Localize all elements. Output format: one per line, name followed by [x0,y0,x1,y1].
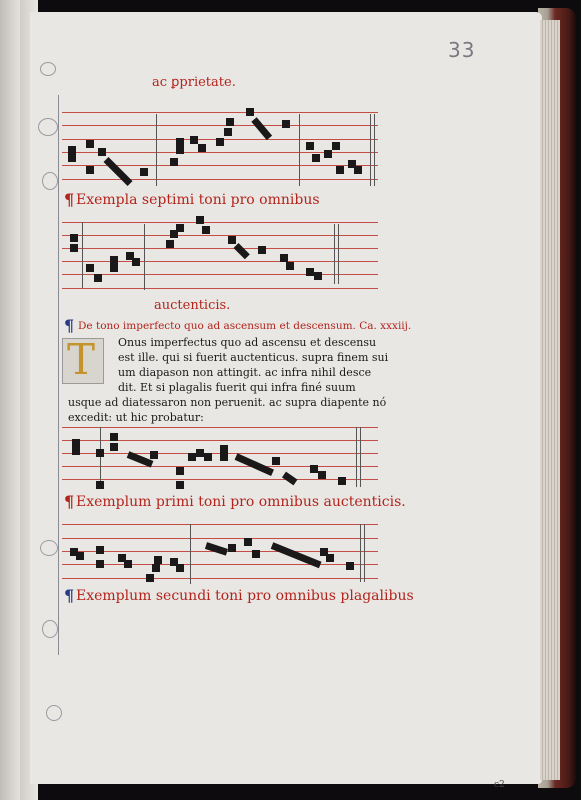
heading-top: ac ꝑprietate. [152,75,236,90]
signature-mark: c2 [494,780,505,790]
heading-auctenticis: auctenticis. [154,298,230,313]
body-line-6: excedit: ut hic probatur: [68,410,204,426]
body-line-1: Onus imperfectus quo ad ascensu et desce… [118,335,376,351]
illuminated-initial: T [62,338,104,384]
music-staff-3 [62,427,378,489]
flourish-icon [42,620,58,638]
chapter-heading: De tono imperfecto quo ad ascensum et de… [78,320,411,332]
body-line-4: dit. Et si plagalis fuerit qui infra fin… [118,380,356,396]
page-edges [540,20,560,780]
caption-septimi-toni: Exempla septimi toni pro omnibus [76,192,320,208]
flourish-icon [40,62,56,76]
flourish-icon [46,705,62,721]
pilcrow-icon: ¶ [64,190,74,209]
flourish-icon [38,118,58,136]
caption-secundi-toni: Exemplum secundi toni pro omnibus plagal… [76,588,414,604]
folio-number: 33 [448,38,475,62]
flourish-icon [40,540,58,556]
caption-primi-toni: Exemplum primi toni pro omnibus auctenti… [76,494,406,510]
initial-letter: T [67,335,95,384]
music-staff-1 [62,110,378,185]
blue-pilcrow-icon: ¶ [64,586,74,605]
margin-vine-decoration [58,95,59,655]
blue-pilcrow-icon: ¶ [64,316,74,335]
body-line-2: est ille. qui si fuerit auctenticus. sup… [118,350,388,366]
facing-page-edge [0,0,22,800]
music-staff-2 [62,222,378,292]
pilcrow-icon: ¶ [64,492,74,511]
body-line-3: um diapason non attingit. ac infra nihil… [118,365,371,381]
music-staff-4 [62,524,378,584]
flourish-icon [42,172,58,190]
body-line-5: usque ad diatessaron non peruenit. ac su… [68,395,386,411]
